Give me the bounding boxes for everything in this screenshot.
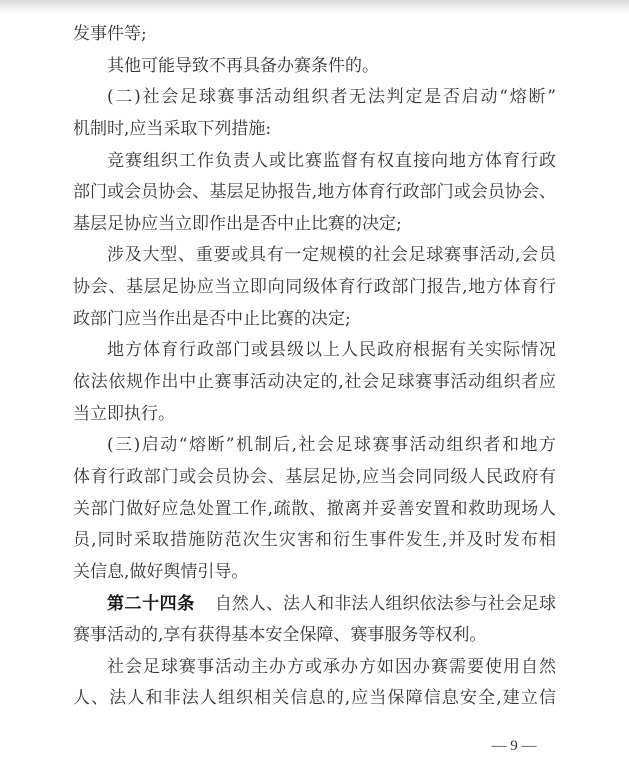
text-line: 其他可能导致不再具备办赛条件的。 [73, 51, 556, 83]
text-line: 机制时,应当采取下列措施: [73, 114, 556, 146]
text-line: 政部门应当作出是否中止比赛的决定; [73, 304, 556, 336]
text-line: 基层足协应当立即作出是否中止比赛的决定; [73, 209, 556, 241]
text-line: 关部门做好应急处置工作,疏散、撤离并妥善安置和救助现场人 [73, 494, 556, 526]
text-line: 部门或会员协会、基层足协报告,地方体育行政部门或会员协会、 [73, 177, 556, 209]
text-line: 涉及大型、重要或具有一定规模的社会足球赛事活动,会员 [73, 240, 556, 272]
text-line: 人、法人和非法人组织相关信息的,应当保障信息安全,建立信 [73, 683, 556, 715]
text-line: 发事件等; [73, 19, 556, 51]
text-line: 体育行政部门或会员协会、基层足协,应当会同同级人民政府有 [73, 462, 556, 494]
text-line: (三)启动“熔断”机制后,社会足球赛事活动组织者和地方 [73, 430, 556, 462]
text-line: 竞赛组织工作负责人或比赛监督有权直接向地方体育行政 [73, 146, 556, 178]
page-number: — 9 — [486, 735, 542, 757]
text-line: 地方体育行政部门或县级以上人民政府根据有关实际情况 [73, 335, 556, 367]
text-line: 协会、基层足协应当立即向同级体育行政部门报告,地方体育行 [73, 272, 556, 304]
text-line: 当立即执行。 [73, 399, 556, 431]
article-text: 自然人、法人和非法人组织依法参与社会足球 [215, 594, 556, 614]
top-edge-shadow [0, 0, 629, 14]
text-line: 赛事活动的,享有获得基本安全保障、赛事服务等权利。 [73, 620, 556, 652]
text-line: 依法依规作出中止赛事活动决定的,社会足球赛事活动组织者应 [73, 367, 556, 399]
article-heading-line: 第二十四条自然人、法人和非法人组织依法参与社会足球 [73, 589, 556, 621]
text-line: 员,同时采取措施防范次生灾害和衍生事件发生,并及时发布相 [73, 525, 556, 557]
article-number-heading: 第二十四条 [107, 594, 195, 614]
document-page-body: 发事件等; 其他可能导致不再具备办赛条件的。 (二)社会足球赛事活动组织者无法判… [73, 19, 556, 715]
text-line: 关信息,做好舆情引导。 [73, 557, 556, 589]
text-line: (二)社会足球赛事活动组织者无法判定是否启动“熔断” [73, 82, 556, 114]
text-line: 社会足球赛事活动主办方或承办方如因办赛需要使用自然 [73, 652, 556, 684]
